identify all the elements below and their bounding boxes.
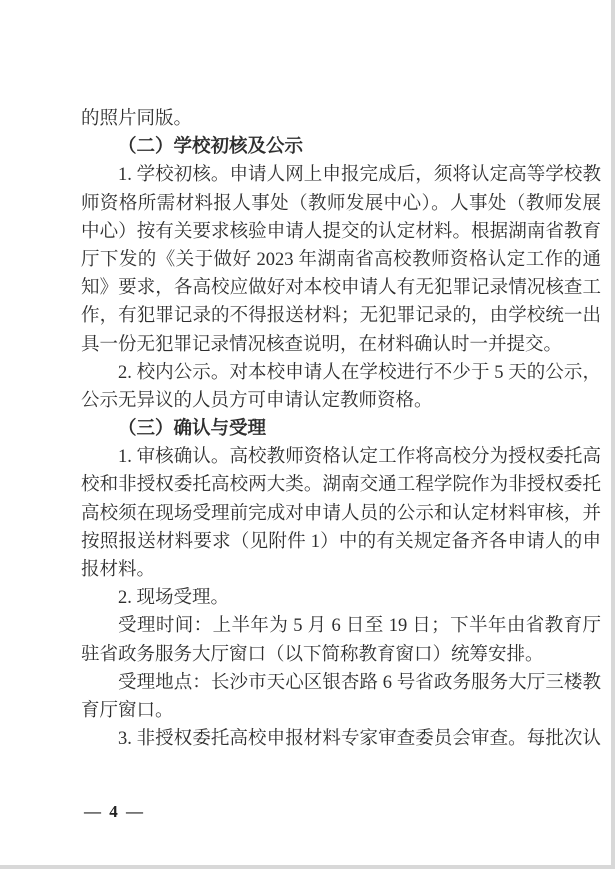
text-line: 高校须在现场受理前完成对申请人员的公示和认定材料审核，并 [81,500,601,528]
text-line: 1. 学校初核。申请人网上申报完成后，须将认定高等学校教 [81,161,601,189]
text-line: 中心）按有关要求核验申请人提交的认定材料。根据湖南省教育 [81,218,601,246]
page-number: — 4 — [84,800,145,824]
document-body: 的照片同版。 （二）学校初核及公示 1. 学校初核。申请人网上申报完成后，须将认… [81,105,601,753]
text-line: 育厅窗口。 [81,697,601,725]
text-line: 师资格所需材料报人事处（教师发展中心）。人事处（教师发展 [81,190,601,218]
text-line: 驻省政务服务大厅窗口（以下简称教育窗口）统筹安排。 [81,641,601,669]
text-line: 3. 非授权委托高校申报材料专家审查委员会审查。每批次认 [81,725,601,753]
page-right-edge-shadow [611,0,615,869]
text-line: 具一份无犯罪记录情况核查说明，在材料确认时一并提交。 [81,331,601,359]
text-line: 知》要求，各高校应做好对本校申请人有无犯罪记录情况核查工 [81,274,601,302]
text-line: 作，有犯罪记录的不得报送材料；无犯罪记录的，由学校统一出 [81,302,601,330]
text-line: 按照报送材料要求（见附件 1）中的有关规定备齐各申请人的申 [81,528,601,556]
text-line: 1. 审核确认。高校教师资格认定工作将高校分为授权委托高 [81,443,601,471]
section-heading: （二）学校初核及公示 [81,133,601,161]
text-line: 受理地点：长沙市天心区银杏路 6 号省政务服务大厅三楼教 [81,669,601,697]
document-page: 的照片同版。 （二）学校初核及公示 1. 学校初核。申请人网上申报完成后，须将认… [0,0,615,869]
text-line: 厅下发的《关于做好 2023 年湖南省高校教师资格认定工作的通 [81,246,601,274]
text-line: 报材料。 [81,556,601,584]
text-line: 2. 现场受理。 [81,584,601,612]
page-bottom-edge-shadow [0,865,615,869]
text-line: 2. 校内公示。对本校申请人在学校进行不少于 5 天的公示， [81,359,601,387]
text-line: 的照片同版。 [81,105,601,133]
section-heading: （三）确认与受理 [81,415,601,443]
text-line: 受理时间：上半年为 5 月 6 日至 19 日；下半年由省教育厅 [81,612,601,640]
text-line: 公示无异议的人员方可申请认定教师资格。 [81,387,601,415]
text-line: 校和非授权委托高校两大类。湖南交通工程学院作为非授权委托 [81,471,601,499]
